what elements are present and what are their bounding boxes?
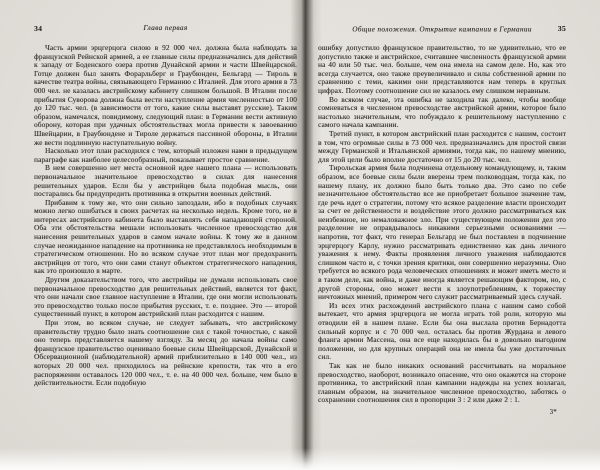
book-spread-scan: 34 Глава первая Часть армии эрцгерцога с…: [0, 0, 600, 470]
paragraph: В нем совершенно нет места основной идее…: [34, 164, 297, 198]
page-right-text: ошибку допустило французское правительст…: [318, 44, 566, 405]
paragraph-continuation: ошибку допустило французское правительст…: [318, 44, 566, 96]
paragraph: При этом, во всяком случае, не следует з…: [34, 319, 297, 388]
page-right-header: Общие положения. Открытие кампании в Гер…: [318, 24, 566, 35]
paragraph: Во всяком случае, эта ошибка не заходила…: [318, 96, 566, 130]
page-number-left: 34: [34, 24, 42, 33]
paragraph: Другим доказательством того, что австрий…: [34, 276, 297, 319]
paragraph: Из всех этих расхождений австрийского пл…: [318, 302, 566, 362]
page-left-text: Часть армии эрцгерцога силою в 92 000 че…: [34, 44, 297, 388]
paragraph: Прибавим к тому же, что они сильно запоз…: [34, 199, 297, 276]
page-number-right: 35: [558, 24, 566, 33]
page-right: Общие положения. Открытие кампании в Гер…: [318, 24, 566, 416]
page-left-header: 34 Глава первая: [34, 24, 297, 35]
paragraph: Насколько этот план расходился с тем, ко…: [34, 147, 297, 164]
signature-mark: 3*: [318, 409, 566, 416]
paragraph: Часть армии эрцгерцога силою в 92 000 че…: [34, 44, 297, 147]
paragraph: Тирольская армия была подчинена отдельно…: [318, 164, 566, 302]
paragraph: Третий пункт, в котором австрийский план…: [318, 130, 566, 164]
running-head-left: Глава первая: [34, 24, 297, 32]
page-left: 34 Глава первая Часть армии эрцгерцога с…: [34, 24, 297, 388]
paragraph: Так как не было никаких оснований рассчи…: [318, 362, 566, 405]
running-head-right: Общие положения. Открытие кампании в Гер…: [318, 26, 566, 34]
